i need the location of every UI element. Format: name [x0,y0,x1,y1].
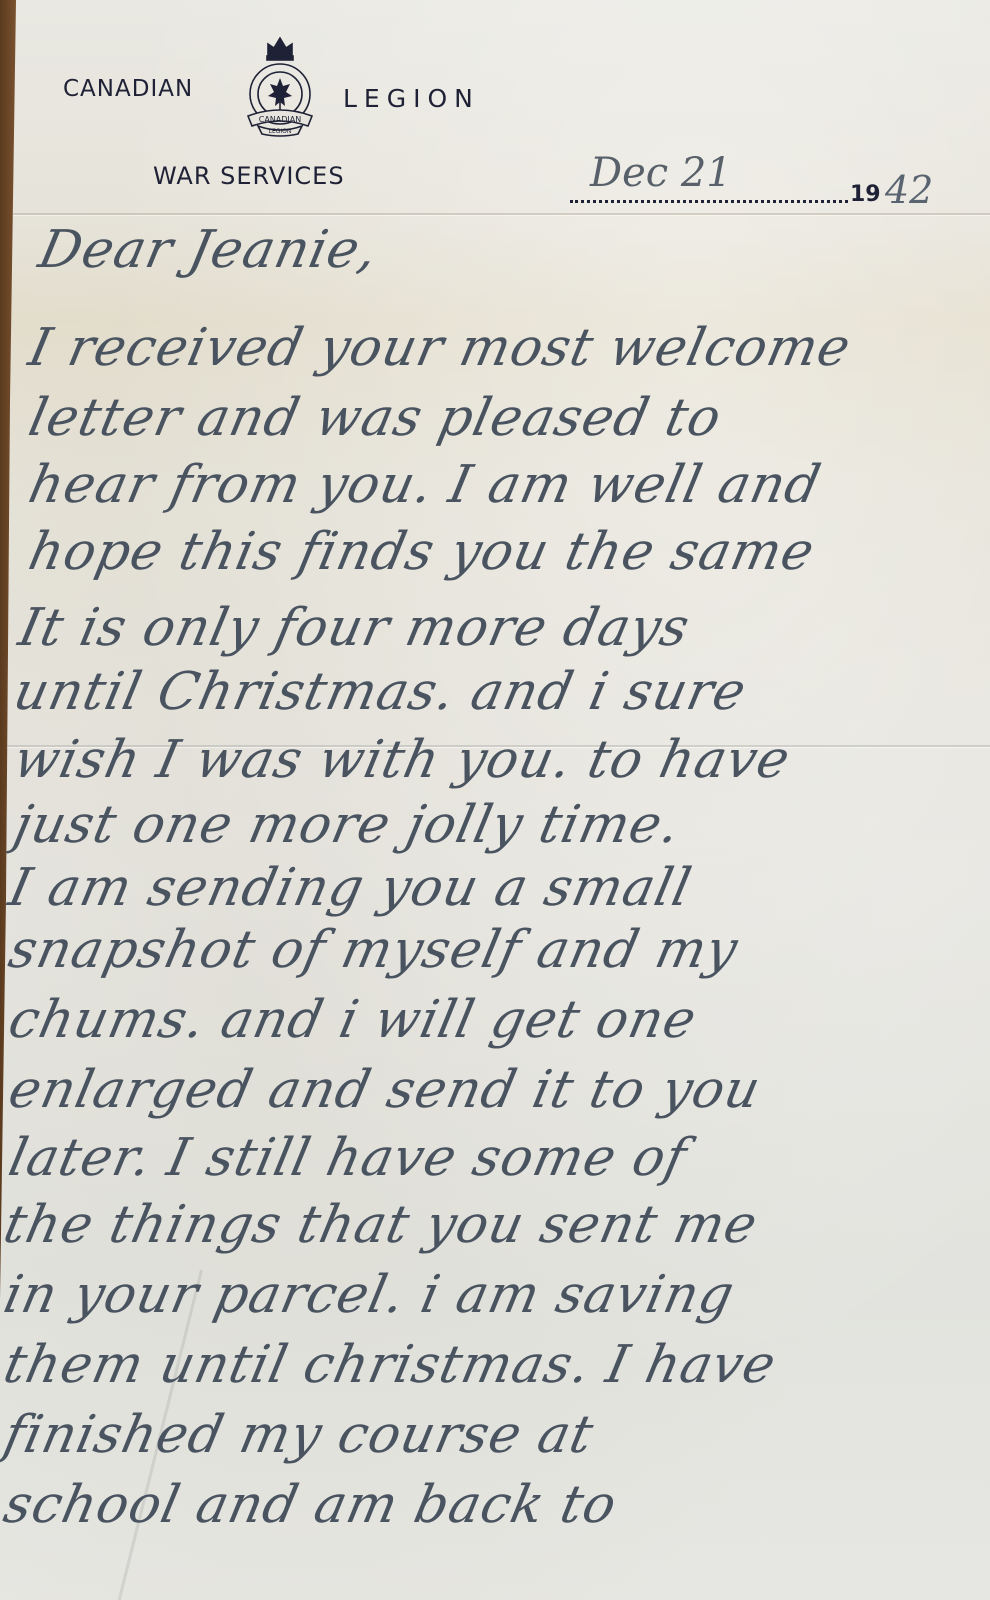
date-handwritten: Dec 21 [590,150,732,196]
crown-maple-leaf-crest-icon: CANADIAN LEGION [238,34,322,138]
letter-line: hope this finds you the same [24,522,820,582]
letter-paper: CANADIAN CANADIAN LEGION LEGION WAR SERV… [0,0,990,1600]
letter-line: in your parcel. i am saving [0,1265,740,1325]
letter-line: the things that you sent me [0,1195,763,1255]
date-year-handwritten: 42 [885,168,933,212]
letter-line: just one more jolly time. [9,795,686,855]
svg-text:LEGION: LEGION [269,128,292,135]
letter-line: them until christmas. I have [0,1335,782,1395]
letter-line: later. I still have some of [4,1128,693,1188]
letter-line: wish I was with you. to have [9,730,796,790]
letterhead-canadian: CANADIAN [63,76,193,102]
letter-line: I am sending you a small [4,858,697,918]
letter-line: letter and was pleased to [24,388,727,448]
letter-line: I received your most welcome [24,318,857,378]
letter-line: finished my course at [0,1405,599,1465]
fold-crease [0,213,990,215]
date-dotted-line [570,200,848,203]
svg-text:CANADIAN: CANADIAN [259,115,302,124]
letter-line: school and am back to [0,1475,622,1535]
letter-line: until Christmas. and i sure [9,662,752,722]
letter-line: snapshot of myself and my [4,920,744,980]
letter-line: chums. and i will get one [4,990,702,1050]
salutation: Dear Jeanie, [34,220,384,280]
letter-line: It is only four more days [14,598,695,658]
date-year-printed: 19 [850,182,881,207]
letterhead-legion: LEGION [343,84,480,113]
letter-line: enlarged and send it to you [4,1060,766,1120]
letter-line: hear from you. I am well and [24,455,827,515]
letterhead-subtitle: WAR SERVICES [153,162,345,190]
